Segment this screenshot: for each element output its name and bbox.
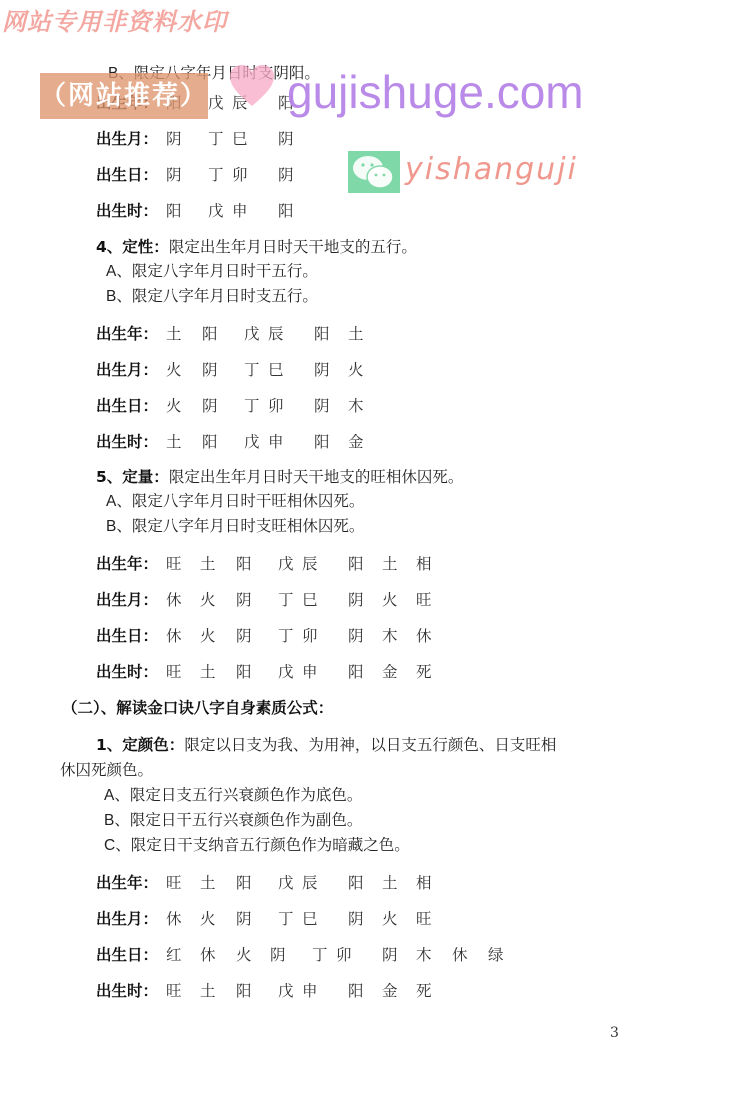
cell: 土 xyxy=(166,431,182,453)
cell: 木 xyxy=(382,625,398,647)
item1-desc: 限定以日支为我、为用神，以日支五行颜色、日支旺相 xyxy=(184,736,556,754)
cell: 休 xyxy=(166,625,182,647)
row-label: 出生时： xyxy=(96,200,158,222)
row-label: 出生时： xyxy=(96,980,158,1002)
cell: 红 xyxy=(166,944,182,966)
cell: 火 xyxy=(200,589,216,611)
row-label: 出生日： xyxy=(96,625,158,647)
cell: 火 xyxy=(382,908,398,930)
cell: 阴 xyxy=(278,164,294,186)
item1-num: 1、 xyxy=(96,736,122,754)
s5-title: 定量： xyxy=(122,468,169,486)
cell: 阴 xyxy=(166,164,182,186)
watermark-recommend-badge: （网站推荐） xyxy=(40,73,208,119)
cell: 木 xyxy=(348,395,364,417)
cell: 火 xyxy=(166,359,182,381)
row-label: 出生月： xyxy=(96,359,158,381)
cell: 阳 xyxy=(202,431,218,453)
watermark-top-text: 网站专用非资料水印 xyxy=(2,2,227,37)
row-label: 出生时： xyxy=(96,661,158,683)
cell: 阳 xyxy=(166,200,182,222)
part2-item1-heading: 1、定颜色：限定以日支为我、为用神，以日支五行颜色、日支旺相 xyxy=(96,735,556,755)
s4-heading: 4、定性：限定出生年月日时天干地支的五行。 xyxy=(96,237,417,257)
cell: 丁 xyxy=(278,908,294,930)
cell: 丁 xyxy=(278,589,294,611)
row-label: 出生日： xyxy=(96,164,158,186)
row-label: 出生年： xyxy=(96,323,158,345)
cell: 休 xyxy=(200,944,216,966)
cell: 丁 xyxy=(244,359,260,381)
s5-desc: 限定出生年月日时天干地支的旺相休囚死。 xyxy=(169,468,464,486)
cell: 戊 xyxy=(278,553,294,575)
cell: 阴 xyxy=(166,128,182,150)
cell: 相 xyxy=(416,872,432,894)
cell: 土 xyxy=(200,872,216,894)
cell: 火 xyxy=(166,395,182,417)
cell: 戊 xyxy=(278,872,294,894)
cell: 阳 xyxy=(348,872,364,894)
cell: 申 xyxy=(302,661,318,683)
cell: 阳 xyxy=(348,980,364,1002)
cell: 戊 xyxy=(278,661,294,683)
cell: 卯 xyxy=(268,395,284,417)
cell: 死 xyxy=(416,661,432,683)
part2-heading: （二）、解读金口诀八字自身素质公式： xyxy=(62,698,333,718)
cell: 阳 xyxy=(314,431,330,453)
cell: 金 xyxy=(382,661,398,683)
part2-option-a: A、限定日支五行兴衰颜色作为底色。 xyxy=(104,786,362,806)
cell: 休 xyxy=(166,908,182,930)
cell: 戊 xyxy=(278,980,294,1002)
part2-item1-desc-cont: 休囚死颜色。 xyxy=(60,760,153,780)
cell: 阴 xyxy=(202,395,218,417)
cell: 丁 xyxy=(208,164,224,186)
cell: 辰 xyxy=(268,323,284,345)
watermark-site-url: gujishuge.com xyxy=(287,64,584,120)
cell: 土 xyxy=(200,553,216,575)
row-label: 出生月： xyxy=(96,589,158,611)
cell: 卯 xyxy=(302,625,318,647)
cell: 土 xyxy=(382,872,398,894)
part2-option-c: C、限定日干支纳音五行颜色作为暗藏之色。 xyxy=(104,836,410,856)
cell: 旺 xyxy=(416,908,432,930)
cell: 巳 xyxy=(268,359,284,381)
cell: 巳 xyxy=(232,128,248,150)
s5-heading: 5、定量：限定出生年月日时天干地支的旺相休囚死。 xyxy=(96,467,463,487)
cell: 申 xyxy=(302,980,318,1002)
cell: 阳 xyxy=(236,980,252,1002)
row-label: 出生日： xyxy=(96,944,158,966)
cell: 丁 xyxy=(312,944,328,966)
cell: 火 xyxy=(382,589,398,611)
cell: 戊 xyxy=(208,200,224,222)
cell: 土 xyxy=(166,323,182,345)
page-number: 3 xyxy=(610,1025,619,1041)
cell: 阳 xyxy=(278,200,294,222)
cell: 阴 xyxy=(270,944,286,966)
cell: 丁 xyxy=(208,128,224,150)
row-label: 出生年： xyxy=(96,872,158,894)
cell: 休 xyxy=(416,625,432,647)
s4-desc: 限定出生年月日时天干地支的五行。 xyxy=(169,238,417,256)
cell: 绿 xyxy=(488,944,504,966)
cell: 阳 xyxy=(236,661,252,683)
cell: 阳 xyxy=(236,872,252,894)
s4-num: 4、 xyxy=(96,238,122,256)
cell: 阴 xyxy=(314,395,330,417)
cell: 阴 xyxy=(236,625,252,647)
cell: 阴 xyxy=(202,359,218,381)
cell: 木 xyxy=(416,944,432,966)
cell: 死 xyxy=(416,980,432,1002)
wechat-icon xyxy=(348,151,400,193)
cell: 土 xyxy=(200,661,216,683)
cell: 阳 xyxy=(314,323,330,345)
item1-title: 定颜色： xyxy=(122,736,184,754)
watermark-wechat-id: yishanguji xyxy=(405,148,578,192)
cell: 金 xyxy=(348,431,364,453)
cell: 旺 xyxy=(166,553,182,575)
cell: 火 xyxy=(348,359,364,381)
cell: 旺 xyxy=(166,661,182,683)
cell: 土 xyxy=(382,553,398,575)
cell: 火 xyxy=(236,944,252,966)
cell: 旺 xyxy=(166,980,182,1002)
cell: 阳 xyxy=(348,553,364,575)
row-label: 出生年： xyxy=(96,553,158,575)
cell: 旺 xyxy=(166,872,182,894)
row-label: 出生日： xyxy=(96,395,158,417)
cell: 阴 xyxy=(236,908,252,930)
cell: 土 xyxy=(200,980,216,1002)
cell: 休 xyxy=(452,944,468,966)
s5-num: 5、 xyxy=(96,468,122,486)
cell: 戊 xyxy=(208,92,224,114)
row-label: 出生月： xyxy=(96,128,158,150)
row-label: 出生月： xyxy=(96,908,158,930)
cell: 阳 xyxy=(236,553,252,575)
cell: 阴 xyxy=(236,589,252,611)
cell: 阴 xyxy=(348,908,364,930)
cell: 阴 xyxy=(314,359,330,381)
s5-option-a: A、限定八字年月日时干旺相休囚死。 xyxy=(106,492,364,512)
part2-option-b: B、限定日干五行兴衰颜色作为副色。 xyxy=(104,811,362,831)
cell: 旺 xyxy=(416,589,432,611)
cell: 申 xyxy=(232,200,248,222)
cell: 戊 xyxy=(244,323,260,345)
cell: 卯 xyxy=(336,944,352,966)
cell: 相 xyxy=(416,553,432,575)
cell: 阴 xyxy=(382,944,398,966)
cell: 丁 xyxy=(244,395,260,417)
cell: 卯 xyxy=(232,164,248,186)
s4-option-a: A、限定八字年月日时干五行。 xyxy=(106,262,318,282)
cell: 火 xyxy=(200,625,216,647)
cell: 阳 xyxy=(202,323,218,345)
row-label: 出生时： xyxy=(96,431,158,453)
cell: 阳 xyxy=(348,661,364,683)
cell: 巳 xyxy=(302,908,318,930)
cell: 申 xyxy=(268,431,284,453)
s4-title: 定性： xyxy=(122,238,169,256)
cell: 阴 xyxy=(278,128,294,150)
s5-option-b: B、限定八字年月日时支旺相休囚死。 xyxy=(106,517,364,537)
cell: 金 xyxy=(382,980,398,1002)
cell: 辰 xyxy=(302,872,318,894)
cell: 阴 xyxy=(348,589,364,611)
cell: 巳 xyxy=(302,589,318,611)
heart-icon xyxy=(228,64,276,108)
cell: 丁 xyxy=(278,625,294,647)
cell: 戊 xyxy=(244,431,260,453)
cell: 土 xyxy=(348,323,364,345)
cell: 阴 xyxy=(348,625,364,647)
cell: 休 xyxy=(166,589,182,611)
s4-option-b: B、限定八字年月日时支五行。 xyxy=(106,287,318,307)
cell: 火 xyxy=(200,908,216,930)
cell: 辰 xyxy=(302,553,318,575)
